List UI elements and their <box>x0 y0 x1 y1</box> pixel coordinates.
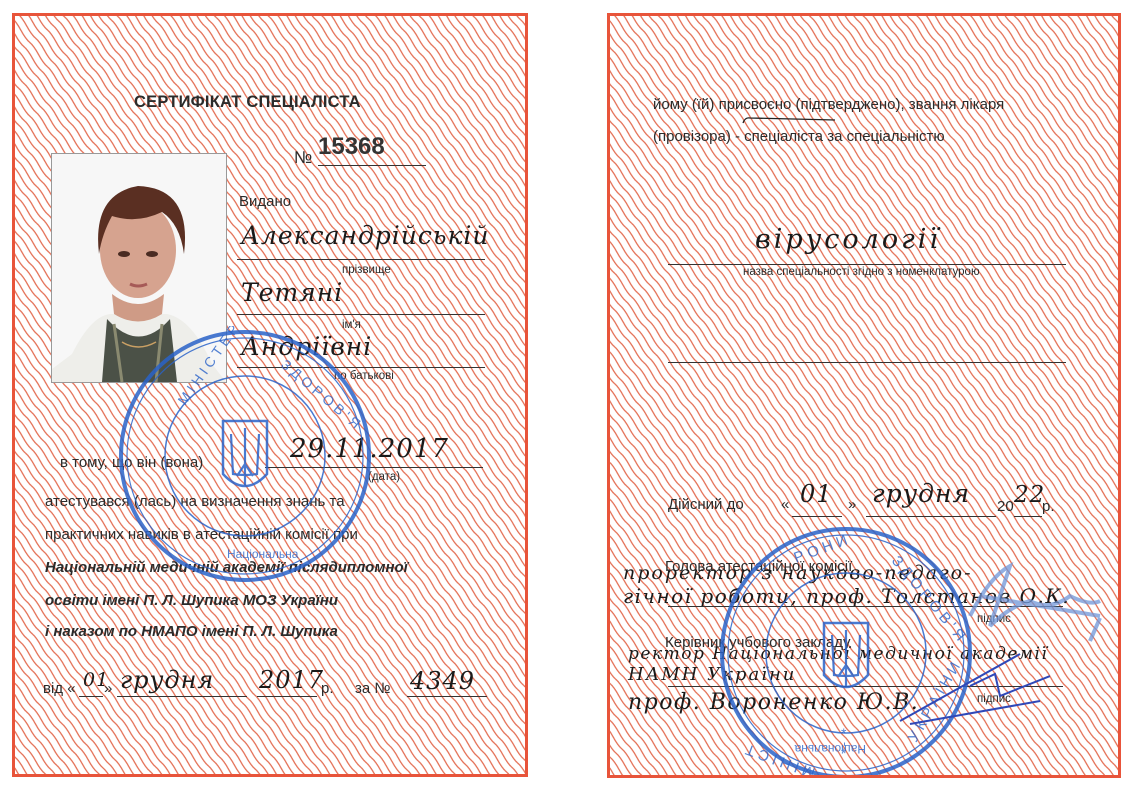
official-stamp-left: М І Н І С Т Е Р С Т В О З Д О Р О В ' Я … <box>115 326 375 586</box>
issued-label: Видано <box>239 193 291 210</box>
valid-month-underline <box>866 516 996 517</box>
order-number-underline <box>407 696 487 697</box>
specialty-extra-underline <box>668 362 1066 363</box>
head-signature <box>890 626 1050 726</box>
order-number-label: за № <box>355 680 390 697</box>
order-from-label: від « <box>43 680 76 697</box>
valid-day-value: 01 <box>800 480 833 508</box>
underline-mark <box>740 114 840 126</box>
order-day-close: » <box>104 680 112 697</box>
surname-label: прізвище <box>342 264 391 276</box>
valid-year-prefix: 20 <box>997 498 1014 515</box>
first-name-value: Тетяні <box>241 278 343 307</box>
svg-text:*: * <box>841 745 847 761</box>
specialty-underline <box>668 264 1066 265</box>
number-label: № <box>294 148 312 168</box>
order-month-value: грудня <box>120 666 214 694</box>
svg-text:*: * <box>841 725 847 741</box>
certificate-back-page: йому (їй) присвоєно (підтверджено), зван… <box>607 13 1121 778</box>
number-underline <box>318 165 426 166</box>
institution-line-3: і наказом по НМАПО імені П. Л. Шупика <box>45 623 338 640</box>
svg-text:Національна: Національна <box>794 742 866 756</box>
svg-text:Національна: Національна <box>227 547 299 561</box>
institution-line-2: освіти імені П. Л. Шупика МОЗ України <box>45 592 338 609</box>
awarded-line-2: (провізора) - спеціаліста за спеціальніс… <box>653 128 945 145</box>
certificate-number: 15368 <box>318 133 385 161</box>
valid-year-underline <box>1014 516 1042 517</box>
surname-value: Александрійській <box>241 221 490 250</box>
first-name-underline <box>237 314 485 315</box>
order-year-suffix: р. <box>321 680 334 697</box>
valid-close-quote: » <box>848 496 856 513</box>
order-month-underline <box>117 696 247 697</box>
certificate-front-page: СЕРТИФІКАТ СПЕЦІАЛІСТА № 15368 Видано Ал… <box>12 13 528 777</box>
valid-month-value: грудня <box>872 479 970 508</box>
specialty-value: вірусології <box>755 224 941 255</box>
order-number-value: 4349 <box>410 667 475 695</box>
valid-day-underline <box>792 516 842 517</box>
order-day-underline <box>79 696 103 697</box>
valid-open-quote: « <box>781 496 789 513</box>
surname-underline <box>237 259 485 260</box>
awarded-line-1: йому (їй) присвоєно (підтверджено), зван… <box>653 96 1004 113</box>
order-year-underline <box>257 696 317 697</box>
order-year-value: 2017 <box>259 666 324 694</box>
certificate-title: СЕРТИФІКАТ СПЕЦІАЛІСТА <box>134 93 361 112</box>
valid-year-r: р. <box>1042 498 1055 515</box>
valid-year-value: 22 <box>1014 482 1045 508</box>
specialty-label: назва спеціальності згідно з номенклатур… <box>743 266 980 278</box>
valid-until-label: Дійсний до <box>668 496 744 513</box>
